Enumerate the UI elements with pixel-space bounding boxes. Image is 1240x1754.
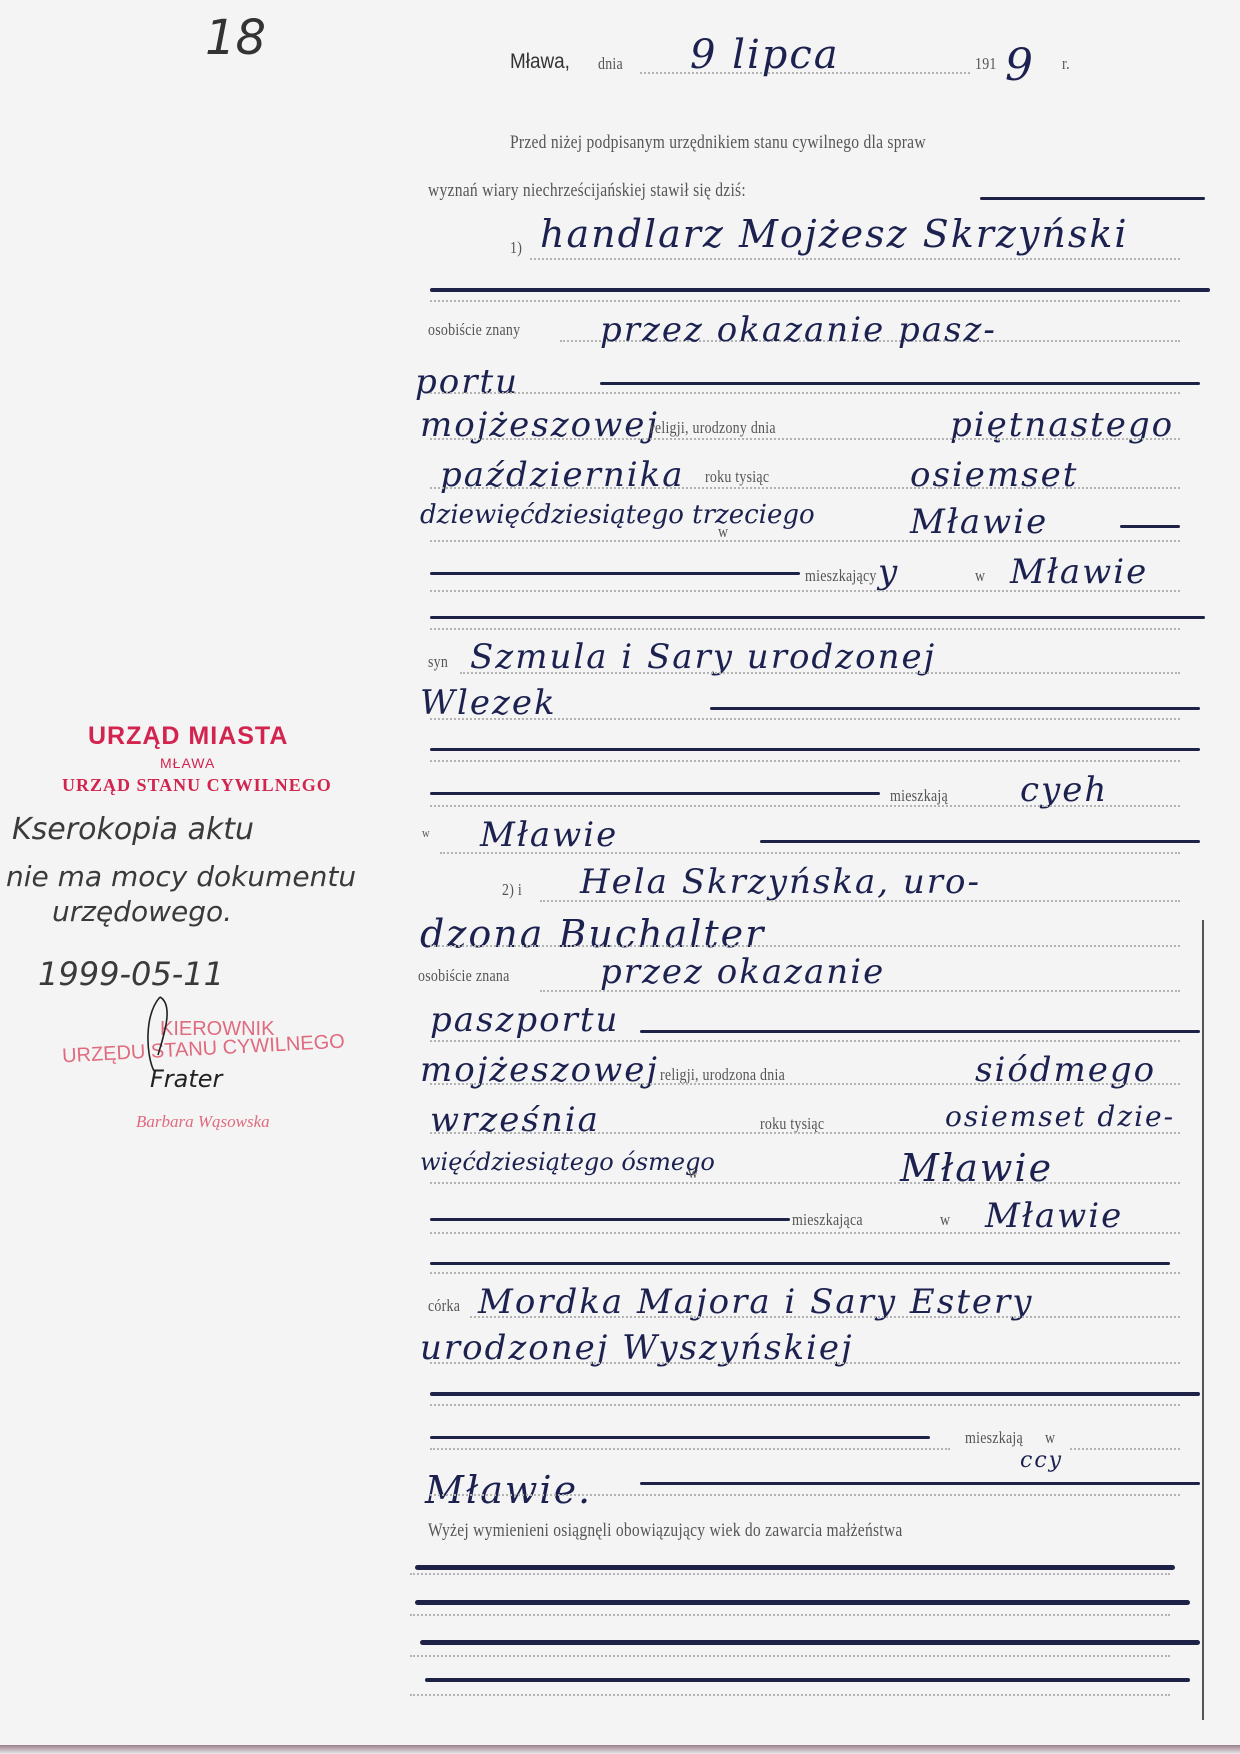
bride-birth-year-1: osiemset dzie- xyxy=(945,1100,1175,1133)
bride-name-2: dzona Buchalter xyxy=(420,912,765,956)
bride-known-value-2: paszportu xyxy=(430,1000,619,1040)
bride-religion-label: religji, urodzona dnia xyxy=(660,1065,785,1085)
form-border-line xyxy=(1202,920,1204,1720)
groom-parents-2: Wlezek xyxy=(420,683,557,723)
stamp-office-line2: MŁAWA xyxy=(160,755,215,771)
bride-parents-place: Mławie. xyxy=(425,1468,592,1512)
groom-resides-suffix: y xyxy=(878,552,899,592)
groom-religion-label: religji, urodzony dnia xyxy=(650,418,776,438)
signature-loop-icon xyxy=(140,995,180,1075)
groom-parents-1: Szmula i Sary urodzonej xyxy=(470,637,936,677)
date-value: 9 lipca xyxy=(690,32,840,78)
paper-edge xyxy=(0,1745,1240,1754)
stamp-office-line3: URZĄD STANU CYWILNEGO xyxy=(62,775,332,796)
groom-resides-label: mieszkający xyxy=(805,566,877,586)
bride-year-label: roku tysiąc xyxy=(760,1114,824,1134)
bride-known-value-1: przez okazanie xyxy=(600,952,885,992)
groom-birth-year-2: dziewięćdziesiątego trzeciego xyxy=(420,500,815,530)
bride-known-label: osobiście znana xyxy=(418,966,510,986)
groom-birth-place: Mławie xyxy=(910,502,1048,542)
groom-year-label: roku tysiąc xyxy=(705,467,769,487)
age-statement: Wyżej wymienieni osiągnęli obowiązujący … xyxy=(428,1520,903,1542)
year-digit: 9 xyxy=(1005,40,1035,91)
groom-birth-year-1: osiemset xyxy=(910,455,1078,495)
groom-resides-in-label: w xyxy=(975,566,985,586)
stamp-head-name: Barbara Wąsowska xyxy=(136,1112,270,1132)
page-number: 18 xyxy=(205,10,266,66)
bride-resides-label: mieszkająca xyxy=(792,1210,863,1230)
groom-in-label: w xyxy=(718,522,728,542)
bride-birth-year-2: więćdziesiątego ósmego xyxy=(420,1148,715,1176)
bride-daughter-label: córka xyxy=(428,1296,460,1316)
bride-residence: Mławie xyxy=(985,1196,1123,1236)
groom-birth-month: października xyxy=(440,455,685,495)
stamp-office-line1: URZĄD MIASTA xyxy=(88,722,288,751)
date-label: dnia xyxy=(598,54,623,74)
bride-in-label: w xyxy=(688,1163,698,1183)
bride-resides-in-label: w xyxy=(940,1210,950,1230)
bride-parents-reside-label: mieszkają xyxy=(965,1428,1023,1448)
bride-name-1: Hela Skrzyńska, uro- xyxy=(580,862,981,902)
bride-parents-reside-suffix: ccy xyxy=(1020,1448,1063,1473)
groom-name: handlarz Mojżesz Skrzyński xyxy=(540,212,1129,256)
groom-parents-reside-value: cyeh xyxy=(1020,770,1108,810)
bride-birth-month: września xyxy=(430,1100,600,1140)
groom-known-value-1: przez okazanie pasz- xyxy=(600,310,997,350)
annotation-line1: Kserokopia aktu xyxy=(12,812,254,847)
groom-parents-place: Mławie xyxy=(480,815,618,855)
intro-line2: wyznań wiary niechrześcijańskiej stawił … xyxy=(428,180,746,202)
intro-line1: Przed niżej podpisanym urzędnikiem stanu… xyxy=(510,132,926,154)
year-suffix: r. xyxy=(1062,54,1070,74)
groom-known-label: osobiście znany xyxy=(428,320,520,340)
annotation-line2: nie ma mocy dokumentu xyxy=(6,860,356,893)
groom-residence: Mławie xyxy=(1010,552,1148,592)
groom-parents-in-label: w xyxy=(422,825,430,841)
place-label: Mława, xyxy=(510,50,570,74)
bride-number: 2) i xyxy=(502,880,522,900)
bride-parents-in-label: w xyxy=(1045,1428,1055,1448)
groom-son-label: syn xyxy=(428,652,448,672)
annotation-date: 1999-05-11 xyxy=(38,955,224,993)
year-prefix: 191 xyxy=(975,54,997,74)
groom-number: 1) xyxy=(510,238,522,258)
groom-known-value-2: portu xyxy=(415,362,519,402)
groom-parents-reside-label: mieszkają xyxy=(890,786,948,806)
annotation-line3: urzędowego. xyxy=(52,895,232,928)
